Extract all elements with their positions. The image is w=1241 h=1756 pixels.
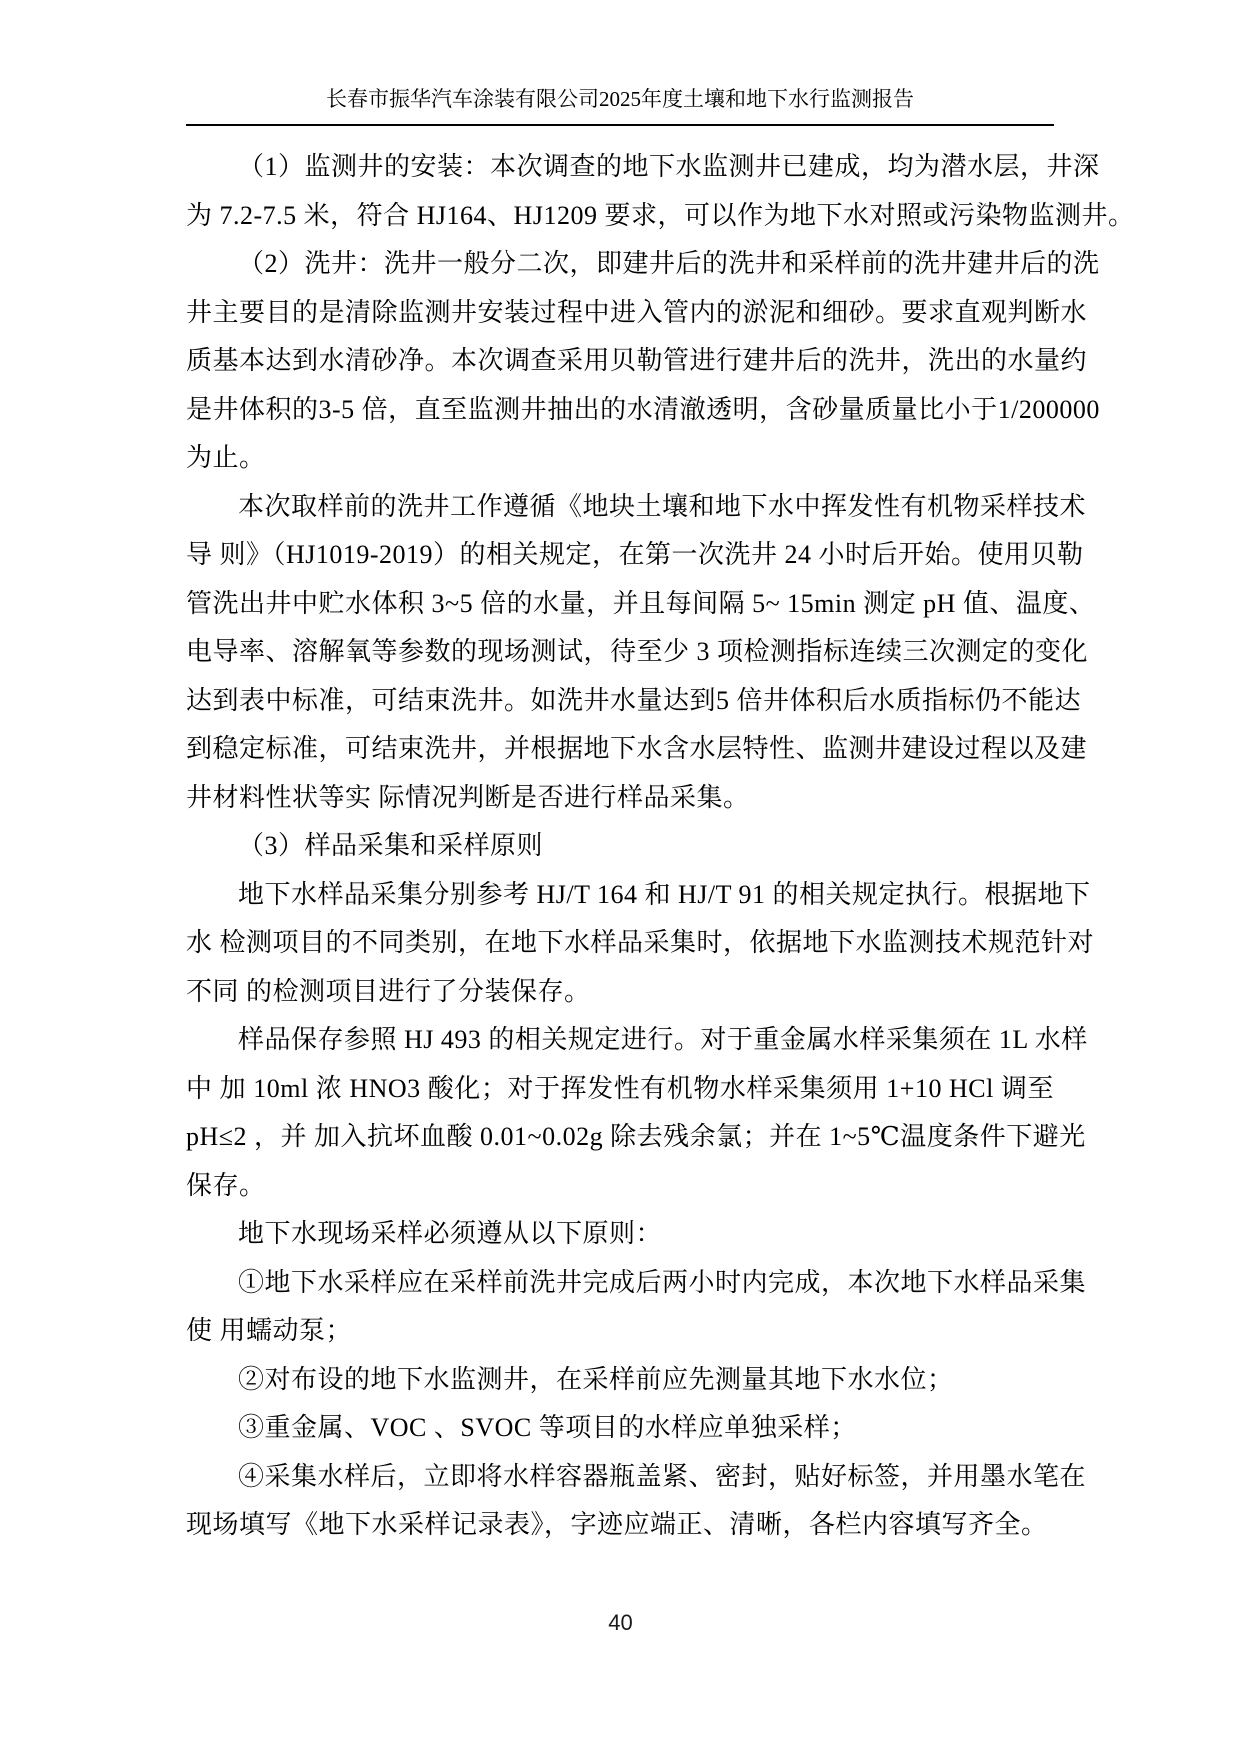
text-line: 使 用蠕动泵； bbox=[186, 1307, 1054, 1356]
text-line: 达到表中标准，可结束洗井。如洗井水量达到5 倍井体积后水质指标仍不能达 bbox=[186, 677, 1054, 726]
header-title: 长春市振华汽车涂装有限公司2025年度土壤和地下水行监测报告 bbox=[186, 84, 1054, 114]
text-line: 中 加 10ml 浓 HNO3 酸化；对于挥发性有机物水样采集须用 1+10 H… bbox=[186, 1065, 1054, 1114]
text-line: 管洗出井中贮水体积 3~5 倍的水量，并且每间隔 5~ 15min 测定 pH … bbox=[186, 580, 1054, 629]
page-footer: 40 bbox=[0, 1610, 1241, 1636]
text-line: 样品保存参照 HJ 493 的相关规定进行。对于重金属水样采集须在 1L 水样 bbox=[186, 1016, 1054, 1065]
document-page: 长春市振华汽车涂装有限公司2025年度土壤和地下水行监测报告 （1）监测井的安装… bbox=[0, 0, 1241, 1756]
text-line: 水 检测项目的不同类别，在地下水样品采集时，依据地下水监测技术规范针对 bbox=[186, 919, 1054, 968]
text-line: 井材料性状等实 际情况判断是否进行样品采集。 bbox=[186, 774, 1054, 823]
text-line: ②对布设的地下水监测井，在采样前应先测量其地下水水位； bbox=[186, 1356, 1054, 1405]
text-line: 地下水样品采集分别参考 HJ/T 164 和 HJ/T 91 的相关规定执行。根… bbox=[186, 871, 1054, 920]
text-line: 保存。 bbox=[186, 1162, 1054, 1211]
text-line: 为止。 bbox=[186, 434, 1054, 483]
text-line: 现场填写《地下水采样记录表》，字迹应端正、清晰，各栏内容填写齐全。 bbox=[186, 1501, 1054, 1550]
header-rule bbox=[186, 124, 1054, 126]
text-line: 导 则》（HJ1019-2019）的相关规定，在第一次洗井 24 小时后开始。使… bbox=[186, 531, 1054, 580]
text-line: （2）洗井：洗井一般分二次，即建井后的洗井和采样前的洗井建井后的洗 bbox=[186, 240, 1054, 289]
document-body: （1）监测井的安装：本次调查的地下水监测井已建成，均为潜水层，井深为 7.2-7… bbox=[186, 143, 1054, 1550]
text-line: （3）样品采集和采样原则 bbox=[186, 822, 1054, 871]
text-line: 电导率、溶解氧等参数的现场测试，待至少 3 项检测指标连续三次测定的变化 bbox=[186, 628, 1054, 677]
text-line: 井主要目的是清除监测井安装过程中进入管内的淤泥和细砂。要求直观判断水 bbox=[186, 289, 1054, 338]
page-number: 40 bbox=[608, 1610, 632, 1635]
text-line: ④采集水样后，立即将水样容器瓶盖紧、密封，贴好标签，并用墨水笔在 bbox=[186, 1453, 1054, 1502]
text-line: （1）监测井的安装：本次调查的地下水监测井已建成，均为潜水层，井深 bbox=[186, 143, 1054, 192]
text-line: 到稳定标准，可结束洗井，并根据地下水含水层特性、监测井建设过程以及建 bbox=[186, 725, 1054, 774]
text-line: 本次取样前的洗井工作遵循《地块土壤和地下水中挥发性有机物采样技术 bbox=[186, 483, 1054, 532]
text-line: 不同 的检测项目进行了分装保存。 bbox=[186, 968, 1054, 1017]
text-line: 为 7.2-7.5 米，符合 HJ164、HJ1209 要求，可以作为地下水对照… bbox=[186, 192, 1054, 241]
text-line: 质基本达到水清砂净。本次调查采用贝勒管进行建井后的洗井，洗出的水量约 bbox=[186, 337, 1054, 386]
text-line: ③重金属、VOC 、SVOC 等项目的水样应单独采样； bbox=[186, 1404, 1054, 1453]
text-line: pH≤2 ，并 加入抗坏血酸 0.01~0.02g 除去残余氯；并在 1~5℃温… bbox=[186, 1113, 1054, 1162]
text-line: 地下水现场采样必须遵从以下原则： bbox=[186, 1210, 1054, 1259]
text-line: 是井体积的3-5 倍，直至监测井抽出的水清澈透明，含砂量质量比小于1/20000… bbox=[186, 386, 1054, 435]
text-line: ①地下水采样应在采样前洗井完成后两小时内完成，本次地下水样品采集 bbox=[186, 1259, 1054, 1308]
